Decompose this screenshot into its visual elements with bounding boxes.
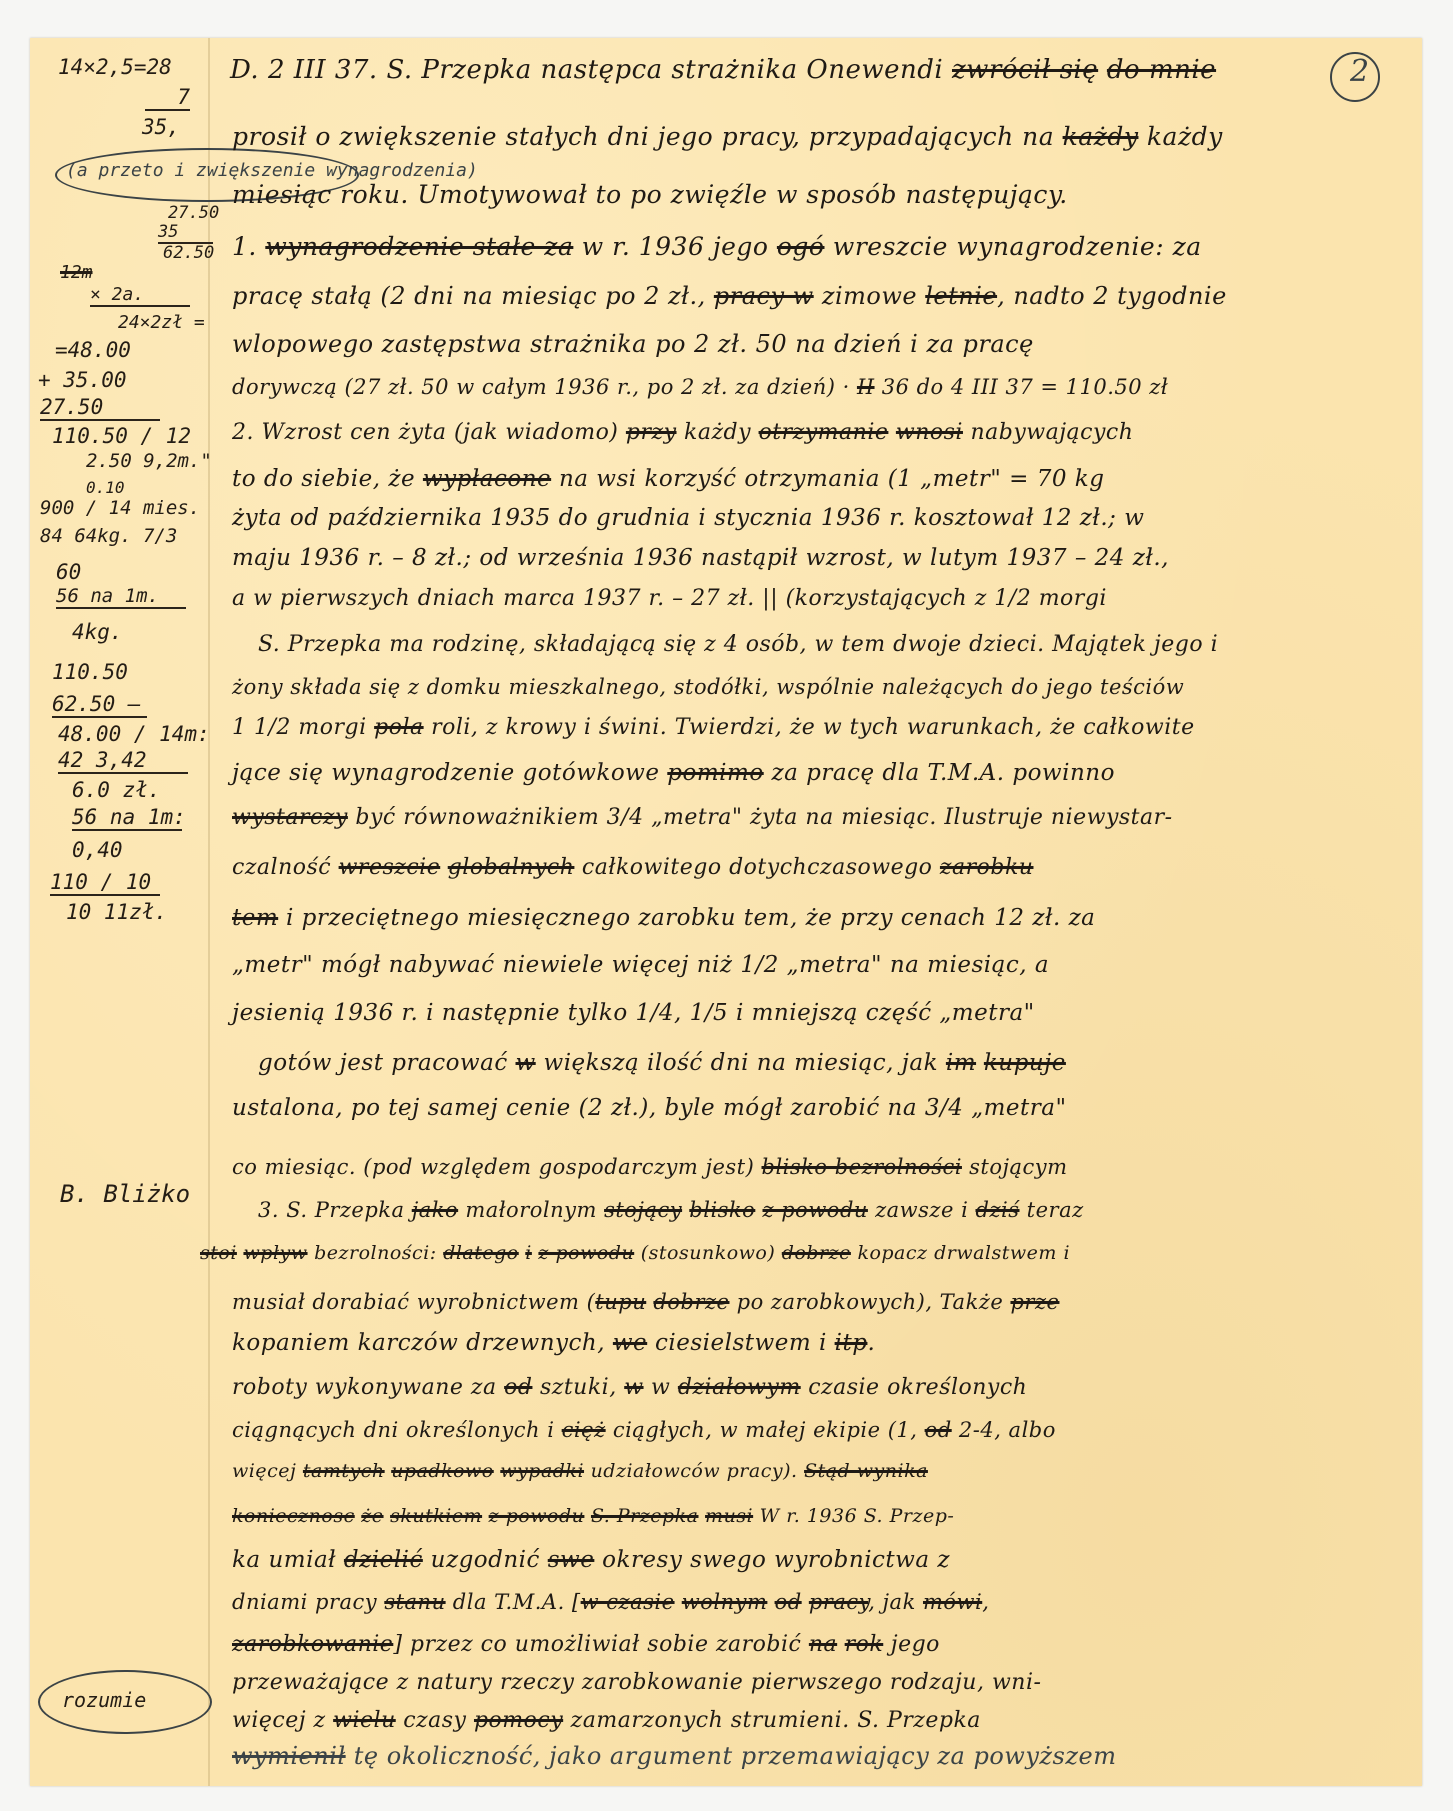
manuscript-line: „metr" mógł nabywać niewiele więcej niż … (232, 952, 1049, 978)
manuscript-line: ustalona, po tej samej cenie (2 zł.), by… (232, 1095, 1067, 1121)
struck-text: cięż (562, 1418, 606, 1442)
manuscript-line: S. Przepka ma rodzinę, składającą się z … (258, 632, 1218, 657)
struck-text: tem (232, 905, 278, 931)
margin-note: B. Bliżko (60, 1180, 190, 1208)
struck-text: pomimo (667, 760, 763, 786)
margin-calc: 4kg. (72, 620, 123, 644)
struck-text: II (857, 375, 875, 399)
struck-text: jako (412, 1198, 458, 1222)
manuscript-line: ciągnących dni określonych i cięż ciągły… (232, 1418, 1056, 1442)
margin-calc: × 2a. (90, 284, 190, 307)
struck-text: blisko bezrolności (762, 1155, 962, 1179)
margin-calc: 7 (145, 85, 190, 111)
margin-calc: 110.50 / 12 (52, 424, 191, 448)
struck-text: działowym (678, 1375, 801, 1400)
manuscript-line: koniecznosc że skutkiem z powodu S. Prze… (232, 1505, 954, 1527)
manuscript-line: tem i przeciętnego miesięcznego zarobku … (232, 905, 1095, 931)
manuscript-line: 2. Wzrost cen żyta (jak wiadomo) przy ka… (232, 420, 1133, 445)
struck-text: dobrze (653, 1290, 729, 1314)
manuscript-line: jesienią 1936 r. i następnie tylko 1/4, … (232, 1000, 1035, 1026)
struck-text: stoi (200, 1242, 237, 1264)
struck-text: blisko (689, 1198, 755, 1222)
struck-text: swe (548, 1547, 595, 1573)
struck-text: od (504, 1375, 532, 1400)
manuscript-line: gotów jest pracować w większą ilość dni … (258, 1050, 1066, 1076)
manuscript-line: czalność wreszcie globalnych całkowitego… (232, 855, 1033, 880)
manuscript-line: 3. S. Przepka jako małorolnym stojący bl… (258, 1198, 1084, 1222)
struck-text: wypadki (500, 1460, 584, 1482)
struck-text: zarobku (940, 855, 1034, 880)
struck-text: na (809, 1632, 837, 1657)
manuscript-line: musiał dorabiać wyrobnictwem (tupu dobrz… (232, 1290, 1059, 1314)
struck-text: że (361, 1505, 383, 1527)
margin-calc: 900 / 14 mies. (40, 497, 200, 519)
manuscript-line: wystarczy być równoważnikiem 3/4 „metra"… (232, 805, 1173, 830)
margin-calc: 110 / 10 (50, 870, 160, 896)
struck-text: upadkowo (391, 1460, 494, 1482)
margin-calc: + 35.00 (38, 368, 127, 392)
manuscript-line: pracę stałą (2 dni na miesiąc po 2 zł., … (232, 282, 1227, 310)
struck-text: wynagrodzenie stałe za (265, 232, 573, 261)
manuscript-line: dorywczą (27 zł. 50 w całym 1936 r., po … (232, 375, 1168, 399)
struck-text: do mnie (1107, 55, 1216, 85)
manuscript-line: stoi wpływ bezrolności: dlatego i z powo… (200, 1242, 1070, 1264)
struck-text: otrzymanie (759, 420, 889, 445)
margin-calc: 2.50 9,2m." (86, 450, 212, 472)
struck-text: im (946, 1050, 976, 1076)
margin-calc: 62.50 (163, 243, 214, 263)
struck-text: w czasie (581, 1590, 675, 1614)
margin-note: (a przeto i zwiększenie wynagrodzenia) (66, 160, 478, 181)
margin-calc: 35, (142, 115, 180, 139)
manuscript-line: co miesiąc. (pod względem gospodarczym j… (232, 1155, 1068, 1179)
margin-note: rozumie (62, 1688, 146, 1712)
margin-calc: 0,40 (72, 838, 123, 862)
margin-calc: 24×2zł = (118, 312, 205, 333)
struck-text: wpływ (243, 1242, 307, 1264)
manuscript-line: ka umiał dzielić uzgodnić swe okresy swe… (232, 1547, 950, 1573)
manuscript-line: dniami pracy stanu dla T.M.A. [w czasie … (232, 1590, 989, 1614)
struck-text: z powodu (489, 1505, 585, 1527)
struck-text: zarobkowanie (232, 1632, 393, 1657)
struck-text: wystarczy (232, 805, 348, 830)
margin-calc: 0.10 (86, 478, 125, 497)
struck-text: pracy (809, 1590, 868, 1614)
struck-text: tupu (595, 1290, 646, 1314)
manuscript-line: zarobkowanie] przez co umożliwiał sobie … (232, 1632, 940, 1657)
manuscript-line: maju 1936 r. – 8 zł.; od września 1936 n… (232, 545, 1169, 571)
struck-text: itp (835, 1330, 868, 1356)
struck-text: wypłacone (423, 466, 551, 492)
paper-fold-line (208, 38, 210, 1786)
struck-text: stojący (604, 1198, 682, 1222)
struck-text: we (613, 1330, 647, 1356)
struck-text: z powodu (763, 1198, 868, 1222)
struck-text: pomocy (474, 1708, 563, 1733)
manuscript-line: roboty wykonywane za od sztuki, w w dzia… (232, 1375, 1027, 1400)
struck-text: wymienił (232, 1742, 346, 1770)
struck-text: i (525, 1242, 532, 1264)
manuscript-line: prosił o zwiększenie stałych dni jego pr… (232, 122, 1223, 151)
struck-text: letnie (925, 282, 997, 310)
margin-calc: 48.00 / 14m: (58, 722, 210, 746)
margin-calc: 56 na 1m: (72, 805, 182, 831)
manuscript-line: wlopowego zastępstwa strażnika po 2 zł. … (232, 330, 1034, 358)
struck-text: pracy w (714, 282, 814, 310)
manuscript-line: a w pierwszych dniach marca 1937 r. – 27… (232, 586, 1107, 611)
struck-text: wnosi (896, 420, 963, 445)
struck-text: kupuje (984, 1050, 1066, 1076)
margin-calc: 14×2,5=28 (58, 55, 172, 79)
struck-text: wreszcie (339, 855, 441, 880)
manuscript-line: D. 2 III 37. S. Przepka następca strażni… (230, 55, 1216, 85)
manuscript-line: miesiąc roku. Umotywował to po zwięźle w… (232, 180, 1068, 209)
struck-text: dziś (976, 1198, 1020, 1222)
struck-text: wielu (333, 1708, 396, 1733)
struck-text: dobrze (782, 1242, 851, 1264)
page-number: 2 (1350, 54, 1369, 89)
struck-text: tamtych (303, 1460, 385, 1482)
manuscript-line: więcej z wielu czasy pomocy zamarzonych … (232, 1708, 981, 1733)
manuscript-line: 1 1/2 morgi pola roli, z krowy i świni. … (232, 715, 1195, 740)
struck-text: przy (626, 420, 677, 445)
struck-text: zwrócił się (952, 55, 1098, 85)
struck-text: musi (705, 1505, 753, 1527)
manuscript-line: wymienił tę okoliczność, jako argument p… (232, 1742, 1116, 1770)
margin-calc: 12m (60, 262, 93, 283)
struck-text: każdy (1063, 122, 1139, 151)
margin-calc: 110.50 (52, 660, 128, 684)
margin-calc: 27.50 (168, 203, 219, 223)
margin-calc: 60 (56, 560, 81, 584)
struck-text: rok (845, 1632, 884, 1657)
struck-text: od (925, 1418, 952, 1442)
manuscript-line: żony składa się z domku mieszkalnego, st… (232, 675, 1184, 699)
struck-text: mówi (923, 1590, 982, 1614)
margin-calc: 27.50 (40, 395, 160, 421)
manuscript-line: więcej tamtych upadkowo wypadki udziałow… (232, 1460, 928, 1482)
struck-text: stanu (384, 1590, 445, 1614)
manuscript-line: przeważające z natury rzeczy zarobkowani… (232, 1670, 1041, 1695)
struck-text: w (516, 1050, 536, 1076)
margin-calc: 6.0 zł. (72, 778, 161, 802)
struck-text: prze (1010, 1290, 1059, 1314)
manuscript-line: jące się wynagrodzenie gotówkowe pomimo … (232, 760, 1115, 786)
struck-text: w (624, 1375, 643, 1400)
manuscript-line: 1. wynagrodzenie stałe za w r. 1936 jego… (232, 232, 1202, 261)
struck-text: Stąd wynika (804, 1460, 928, 1482)
margin-calc: 62.50 – (52, 692, 147, 718)
margin-calc: 56 na 1m. (56, 585, 186, 609)
struck-text: wolnym (682, 1590, 768, 1614)
struck-text: ogó (777, 232, 825, 261)
struck-text: skutkiem (390, 1505, 482, 1527)
manuscript-line: to do siebie, że wypłacone na wsi korzyś… (232, 466, 1104, 492)
margin-calc: =48.00 (55, 338, 131, 362)
struck-text: dzielić (344, 1547, 423, 1573)
struck-text: koniecznosc (232, 1505, 355, 1527)
margin-calc: 10 11zł. (66, 900, 167, 924)
margin-calc: 35 (158, 222, 213, 244)
struck-text: z powodu (538, 1242, 634, 1264)
struck-text: od (775, 1590, 802, 1614)
struck-text: pola (374, 715, 423, 740)
margin-calc: 42 3,42 (58, 748, 188, 774)
manuscript-line: kopaniem karczów drzewnych, we ciesielst… (232, 1330, 875, 1356)
margin-calc: 84 64kg. 7/3 (40, 525, 177, 547)
manuscript-line: żyta od października 1935 do grudnia i s… (232, 505, 1144, 531)
struck-text: S. Przepka (591, 1505, 699, 1527)
struck-text: dlatego (443, 1242, 519, 1264)
struck-text: globalnych (448, 855, 575, 880)
